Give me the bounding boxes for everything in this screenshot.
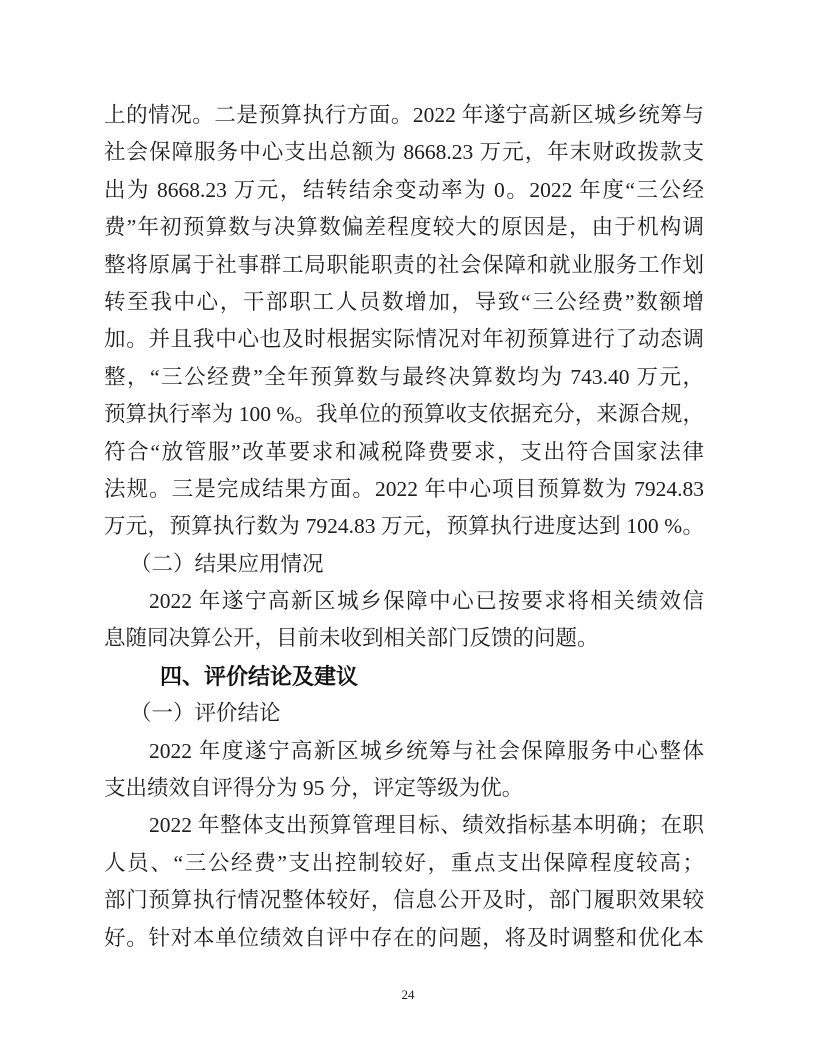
document-text-block: 上的情况。二是预算执行方面。2022 年遂宁高新区城乡统筹与社会保障服务中心支出… xyxy=(104,97,704,957)
text-line: 人员、“三公经费”支出控制较好，重点支出保障程度较高； xyxy=(104,845,704,882)
text-line: 整将原属于社事群工局职能职责的社会保障和就业服务工作划 xyxy=(104,247,704,284)
text-line: 社会保障服务中心支出总额为 8668.23 万元，年末财政拨款支 xyxy=(104,134,704,171)
page-number: 24 xyxy=(0,986,816,1004)
document-page: 上的情况。二是预算执行方面。2022 年遂宁高新区城乡统筹与社会保障服务中心支出… xyxy=(0,0,816,1056)
text-line: 整，“三公经费”全年预算数与最终决算数均为 743.40 万元， xyxy=(104,359,704,396)
text-line: 2022 年遂宁高新区城乡保障中心已按要求将相关绩效信 xyxy=(104,583,704,620)
text-line: 部门预算执行情况整体较好，信息公开及时，部门履职效果较 xyxy=(104,882,704,919)
text-line: 2022 年整体支出预算管理目标、绩效指标基本明确；在职 xyxy=(104,807,704,844)
text-line: 费”年初预算数与决算数偏差程度较大的原因是，由于机构调 xyxy=(104,209,704,246)
text-line: 加。并且我中心也及时根据实际情况对年初预算进行了动态调 xyxy=(104,321,704,358)
subsection-heading: （二）结果应用情况 xyxy=(104,546,704,583)
text-line: 出为 8668.23 万元，结转结余变动率为 0。2022 年度“三公经 xyxy=(104,172,704,209)
text-line: 预算执行率为 100 %。我单位的预算收支依据充分，来源合规， xyxy=(104,396,704,433)
section-heading: 四、评价结论及建议 xyxy=(104,658,704,695)
text-line: 上的情况。二是预算执行方面。2022 年遂宁高新区城乡统筹与 xyxy=(104,97,704,134)
text-line: 符合“放管服”改革要求和减税降费要求，支出符合国家法律 xyxy=(104,434,704,471)
text-line: 法规。三是完成结果方面。2022 年中心项目预算数为 7924.83 xyxy=(104,471,704,508)
text-line: 2022 年度遂宁高新区城乡统筹与社会保障服务中心整体 xyxy=(104,733,704,770)
text-line: 转至我中心，干部职工人员数增加，导致“三公经费”数额增 xyxy=(104,284,704,321)
text-line: 息随同决算公开，目前未收到相关部门反馈的问题。 xyxy=(104,620,704,657)
text-line: 好。针对本单位绩效自评中存在的问题，将及时调整和优化本 xyxy=(104,920,704,957)
text-line: 万元，预算执行数为 7924.83 万元，预算执行进度达到 100 %。 xyxy=(104,508,704,545)
text-line: 支出绩效自评得分为 95 分，评定等级为优。 xyxy=(104,770,704,807)
subsection-heading: （一）评价结论 xyxy=(104,695,704,732)
